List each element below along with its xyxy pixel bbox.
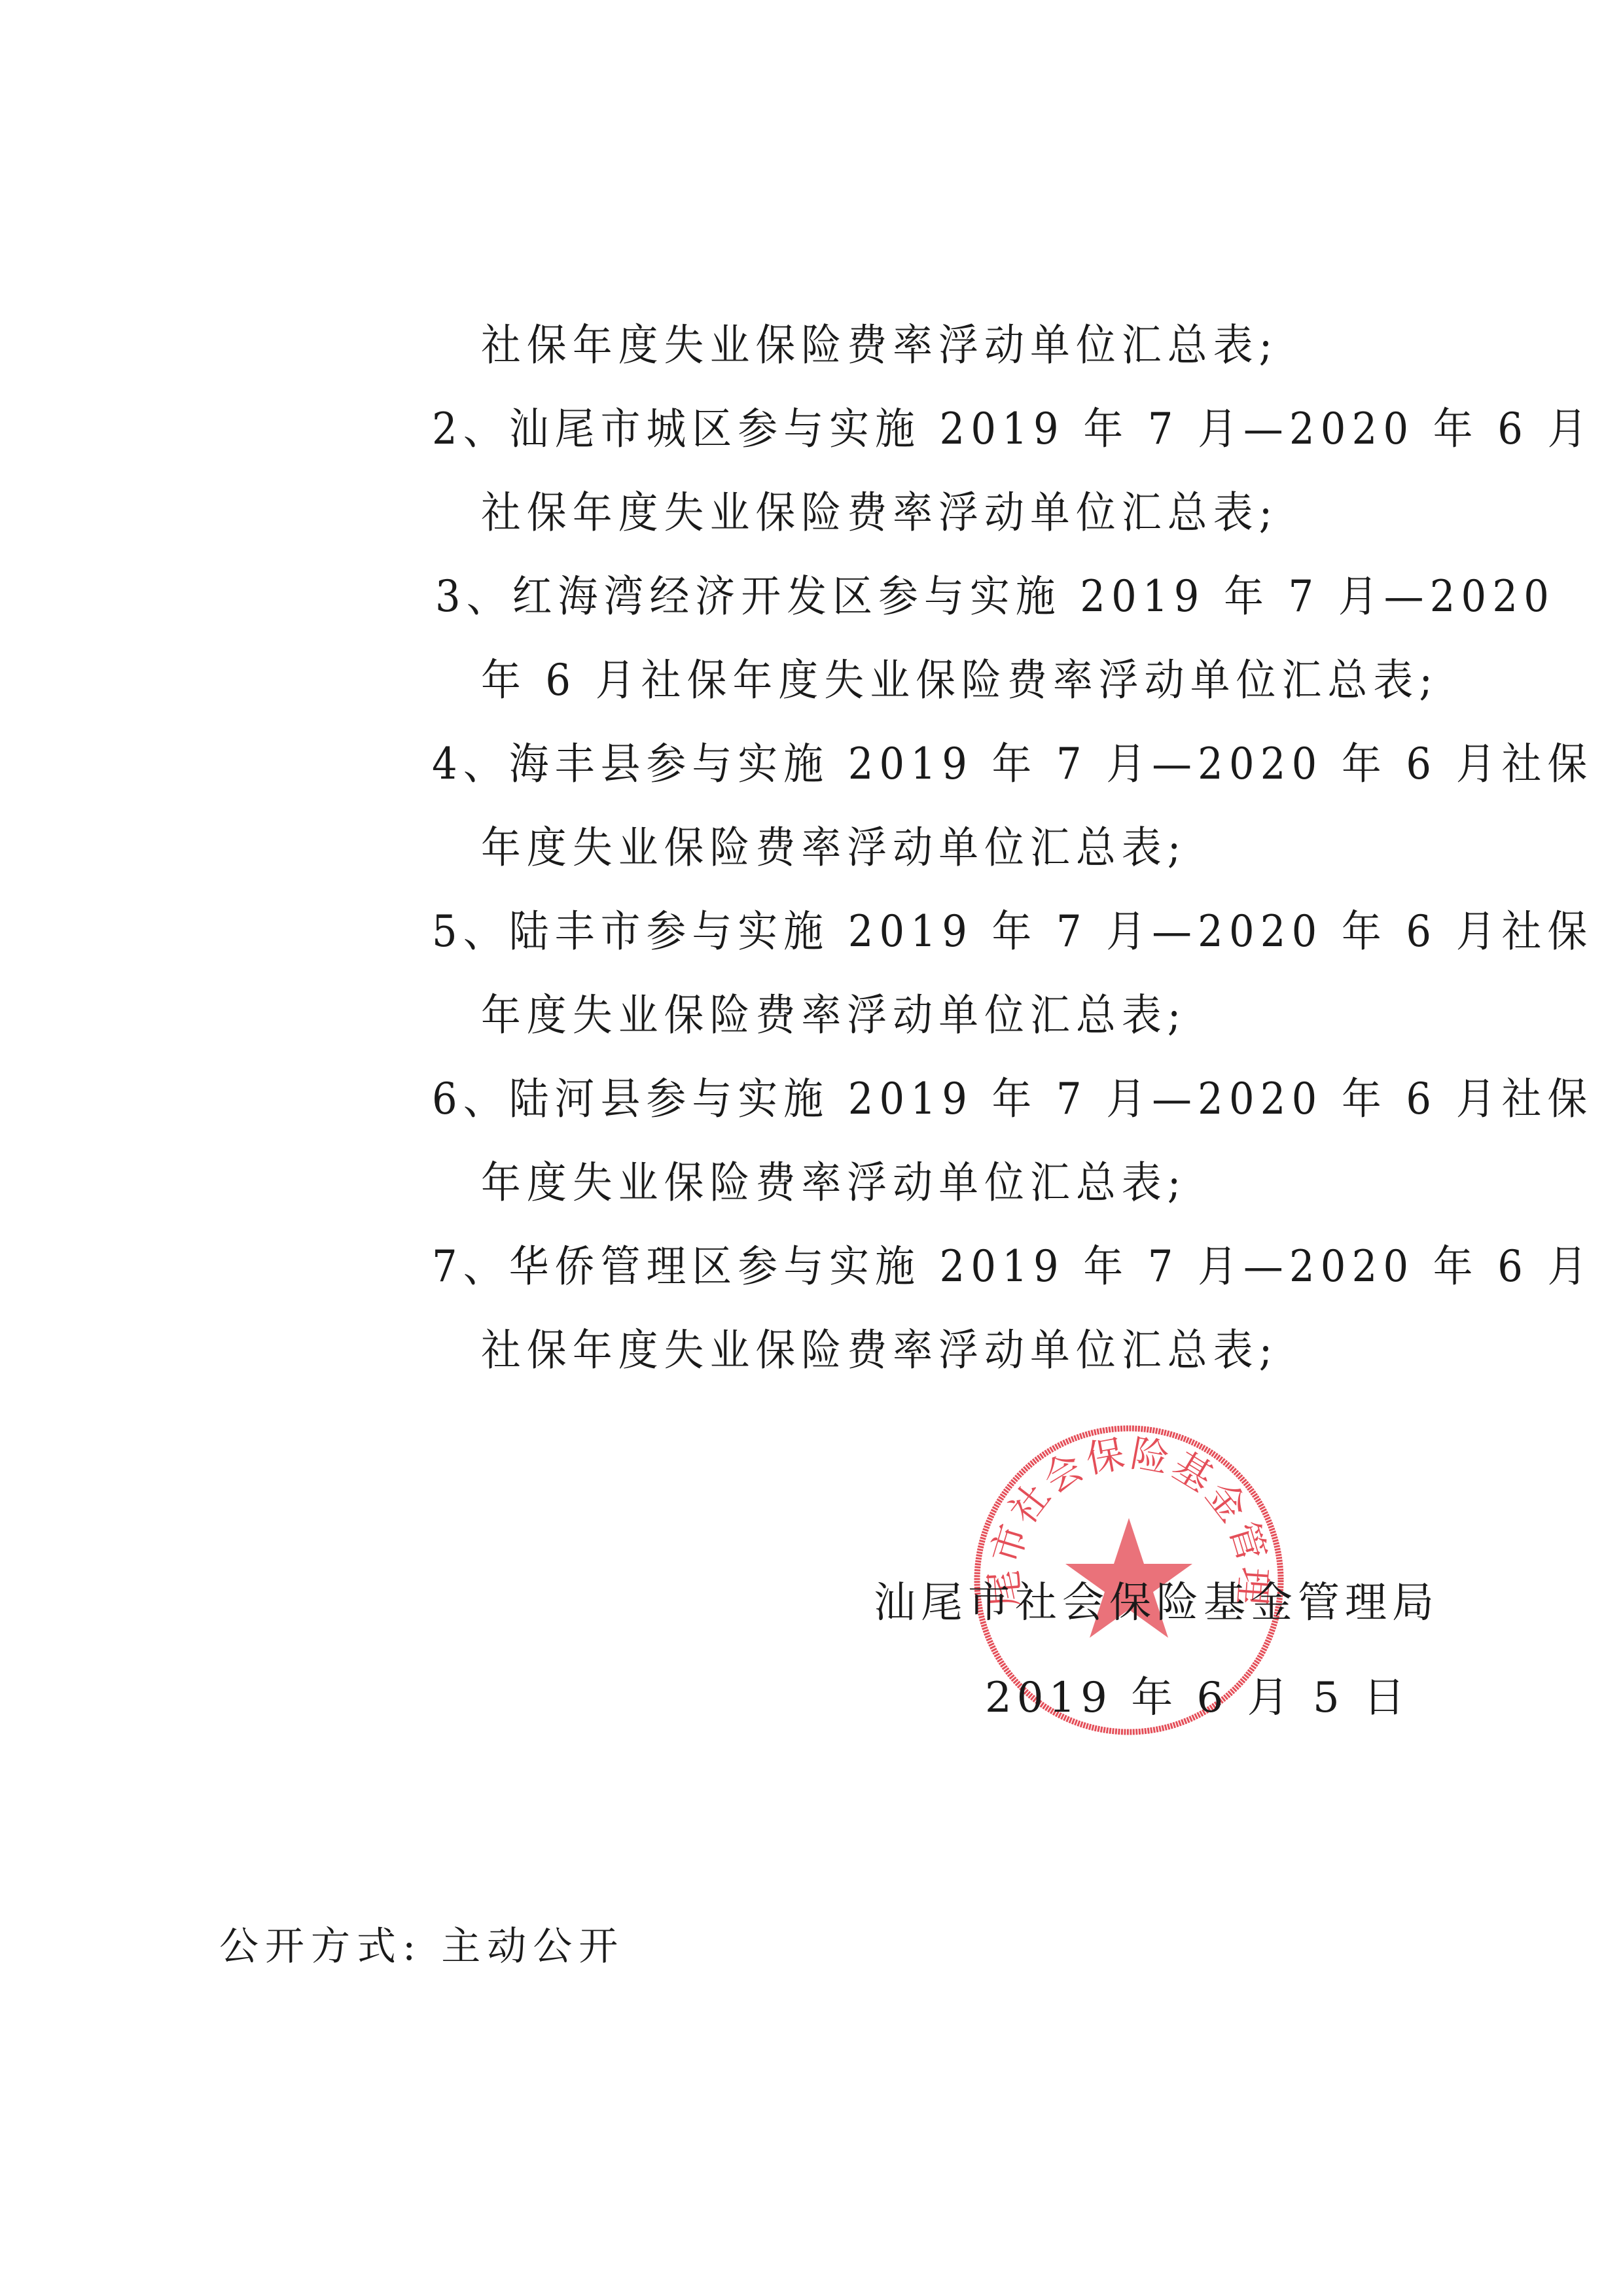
list-item-3-cont: 年 6 月社保年度失业保险费率浮动单位汇总表; (481, 654, 1438, 707)
list-item-6: 6、陆河县参与实施 2019 年 7 月—2020 年 6 月社保 (432, 1073, 1593, 1125)
disclosure-label: 公开方式: (219, 1924, 422, 1969)
list-item-4-cont: 年度失业保险费率浮动单位汇总表; (481, 822, 1186, 874)
list-item-5: 5、陆丰市参与实施 2019 年 7 月—2020 年 6 月社保 (432, 906, 1593, 958)
list-item-7: 7、华侨管理区参与实施 2019 年 7 月—2020 年 6 月 (432, 1241, 1593, 1293)
signature-organization: 汕尾市社会保险基金管理局 (874, 1577, 1439, 1629)
list-item-2-cont: 社保年度失业保险费率浮动单位汇总表; (481, 487, 1278, 539)
list-item-2: 2、汕尾市城区参与实施 2019 年 7 月—2020 年 6 月 (432, 403, 1593, 455)
list-line-0: 社保年度失业保险费率浮动单位汇总表; (481, 319, 1278, 372)
document-page: 社保年度失业保险费率浮动单位汇总表; 2、汕尾市城区参与实施 2019 年 7 … (0, 0, 1623, 2296)
list-item-5-cont: 年度失业保险费率浮动单位汇总表; (481, 989, 1186, 1042)
disclosure-value: 主动公开 (441, 1924, 624, 1969)
list-item-6-cont: 年度失业保险费率浮动单位汇总表; (481, 1157, 1186, 1209)
list-item-3: 3、红海湾经济开发区参与实施 2019 年 7 月—2020 (435, 571, 1555, 623)
list-item-4: 4、海丰县参与实施 2019 年 7 月—2020 年 6 月社保 (432, 738, 1593, 790)
signature-date: 2019 年 6 月 5 日 (985, 1672, 1410, 1724)
list-item-7-cont: 社保年度失业保险费率浮动单位汇总表; (481, 1324, 1278, 1377)
disclosure-note: 公开方式: 主动公开 (219, 1920, 624, 1973)
